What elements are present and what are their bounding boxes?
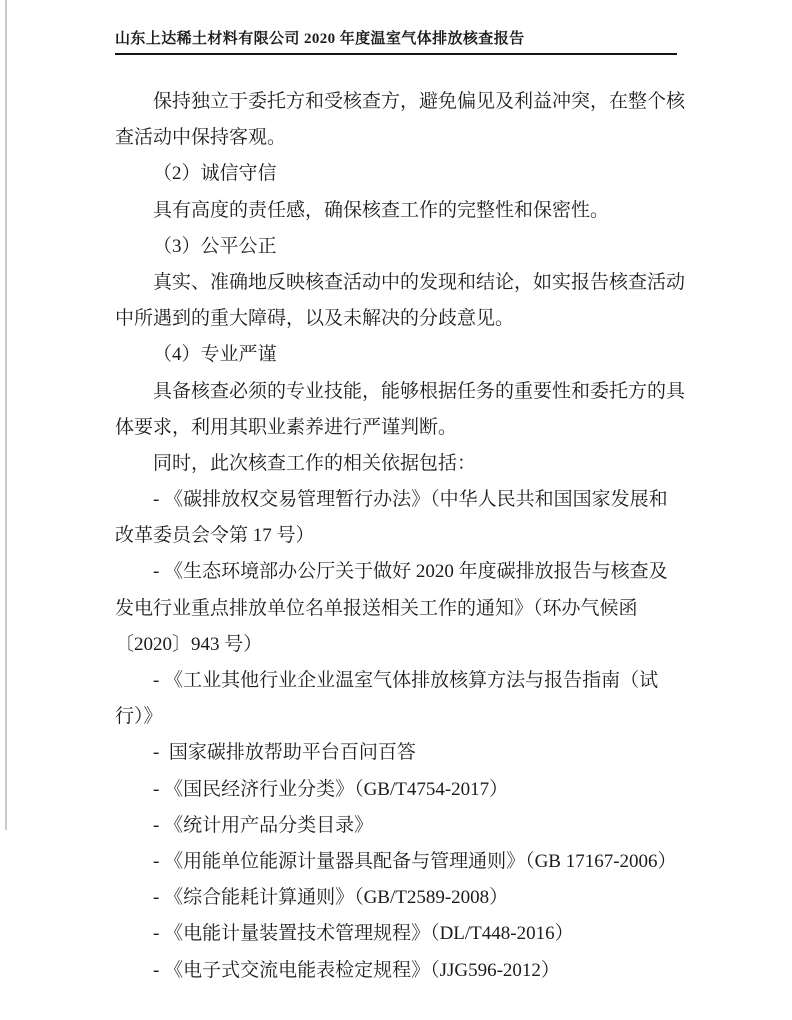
scan-edge-line (5, 0, 7, 830)
text-line: 具备核查必须的专业技能，能够根据任务的重要性和委托方的具 (115, 374, 681, 410)
text-line: 发电行业重点排放单位名单报送相关工作的通知》（环办气候函 (115, 591, 681, 627)
text-line: （3）公平公正 (115, 229, 681, 265)
text-line: 改革委员会令第 17 号） (115, 518, 681, 554)
list-item-line: - 《工业其他行业企业温室气体排放核算方法与报告指南（试 (115, 663, 681, 699)
text-line: （4）专业严谨 (115, 337, 681, 373)
text-line: 查活动中保持客观。 (115, 120, 681, 156)
text-line: 中所遇到的重大障碍，以及未解决的分歧意见。 (115, 301, 681, 337)
list-item-line: - 《统计用产品分类目录》 (115, 808, 681, 844)
list-item-line: - 《生态环境部办公厅关于做好 2020 年度碳排放报告与核查及 (115, 554, 681, 590)
document-page: 山东上达稀土材料有限公司 2020 年度温室气体排放核查报告 保持独立于委托方和… (0, 0, 792, 1020)
text-line: 具有高度的责任感，确保核查工作的完整性和保密性。 (115, 193, 681, 229)
page-header-title: 山东上达稀土材料有限公司 2020 年度温室气体排放核查报告 (115, 27, 677, 48)
list-item-line: - 《用能单位能源计量器具配备与管理通则》（GB 17167-2006） (115, 844, 681, 880)
text-line: 真实、准确地反映核查活动中的发现和结论，如实报告核查活动 (115, 265, 681, 301)
text-line: 保持独立于委托方和受核查方，避免偏见及利益冲突，在整个核 (115, 84, 681, 120)
text-line: 〔2020〕943 号） (115, 627, 681, 663)
list-item-line: - 《碳排放权交易管理暂行办法》（中华人民共和国国家发展和 (115, 482, 681, 518)
list-item-line: - 《国民经济行业分类》（GB/T4754-2017） (115, 772, 681, 808)
list-item-line: - 国家碳排放帮助平台百问百答 (115, 735, 681, 771)
document-body: 保持独立于委托方和受核查方，避免偏见及利益冲突，在整个核 查活动中保持客观。 （… (115, 84, 681, 989)
list-item-line: - 《电能计量装置技术管理规程》（DL/T448-2016） (115, 916, 681, 952)
text-line: （2）诚信守信 (115, 156, 681, 192)
list-item-line: - 《电子式交流电能表检定规程》（JJG596-2012） (115, 953, 681, 989)
text-line: 体要求，利用其职业素养进行严谨判断。 (115, 410, 681, 446)
page-header: 山东上达稀土材料有限公司 2020 年度温室气体排放核查报告 (115, 27, 677, 55)
text-line: 行）》 (115, 699, 681, 735)
text-line: 同时，此次核查工作的相关依据包括： (115, 446, 681, 482)
list-item-line: - 《综合能耗计算通则》（GB/T2589-2008） (115, 880, 681, 916)
